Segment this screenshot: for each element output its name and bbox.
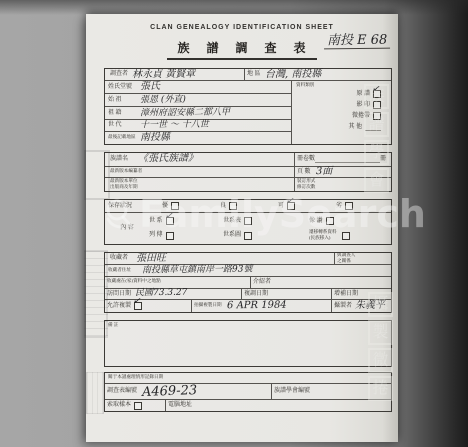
permit-copy-label: 允許複製 [107, 303, 131, 310]
form-header-english: CLAN GENEALOGY IDENTIFICATION SHEET [86, 24, 398, 31]
content-label: 內 容 [120, 225, 134, 232]
permission-row: 允許複製 ✓ 拍攝複製日期 6 APR 1984 攝製者 朱義平 [105, 300, 391, 312]
address-label: 收藏者住址 [108, 268, 139, 273]
check-mark: ✓ [371, 84, 381, 96]
publisher-row: 最新版本單位 出版商及年期 裝訂形式 修訂次數 [105, 178, 391, 191]
office-note-label: 關于本譜處理情形記錄日期 [108, 375, 163, 380]
sample-request-label: 索取樣本 [107, 402, 131, 409]
area-value: 台灣, 南投縣 [264, 69, 320, 80]
location-label: 收藏處在(家)資料中之地點 [107, 280, 161, 285]
holder-info-block: 收藏者 張田旺 與調查人 之關係 收藏者住址 南投縣草屯鎮南岸一路93號 收藏處… [104, 252, 392, 313]
last-recorded-area-row: 最後記載地區 南投縣 [105, 132, 291, 144]
address-row: 收藏者住址 南投縣草屯鎮南岸一路93號 [105, 265, 391, 277]
filmer-label: 攝製者 [334, 303, 352, 310]
condition-label: 保存狀況 [108, 203, 160, 210]
poor-checkbox [345, 202, 353, 210]
visit-date-row: 訪問日期 民國73.3.27 複調日期 增補日期 [105, 289, 391, 301]
holder-label: 收藏者 [110, 255, 136, 262]
visit-date-value: 民國73.3.27 [135, 289, 187, 299]
origin-fields: 姓氏堂號 張氏 始 祖 張恩 (外直) 祖 籍 漳州府詔安縣二都八甲 世 代 十… [105, 81, 292, 144]
condition-content-block: 保存狀況 優 良 可✓ 劣 內 容 世 系✓ 列 傳 世系表 世系圖 [104, 199, 392, 245]
sheet-number-value: A469-23 [142, 384, 198, 399]
content-options-grid: 世 系✓ 列 傳 世系表 世系圖 像 讚 遷移轉系資料 (民族移入) [149, 213, 391, 244]
volume-count-unit: 冊 [380, 156, 386, 163]
good-checkbox [229, 202, 237, 210]
photocopy-checkbox [373, 101, 381, 109]
last-recorded-area-label: 最後記載地區 [108, 135, 137, 140]
first-ancestor-row: 始 祖 張恩 (外直) [105, 94, 291, 107]
genealogy-name-row: 族譜名 《張氏族譜》 冊卷數 冊 [105, 153, 391, 167]
area-label: 地 區 [247, 71, 261, 78]
volume-count-label: 冊卷數 [297, 156, 315, 163]
introducer-label: 介紹者 [253, 279, 271, 286]
microfilm-checkbox [373, 112, 381, 120]
migration-checkbox [342, 232, 350, 240]
holder-value: 張田旺 [136, 253, 166, 263]
material-type-title: 資料類別 [296, 83, 380, 88]
content-row: 內 容 世 系✓ 列 傳 世系表 世系圖 像 讚 [105, 213, 391, 244]
material-option-other: 其 他 [296, 122, 387, 133]
biographies-checkbox [166, 232, 174, 240]
condition-row: 保存狀況 優 良 可✓ 劣 [105, 200, 391, 213]
ancestral-home-row: 祖 籍 漳州府詔安縣二都八甲 [105, 107, 291, 120]
scan-shadow-top [0, 0, 468, 15]
office-use-block: 關于本譜處理情形記錄日期 調查表編號 A469-23 族譜學會編號 索取樣本 [104, 372, 392, 412]
sample-row: 索取樣本 電腦地址 [105, 400, 391, 411]
sheet-number-row: 調查表編號 A469-23 族譜學會編號 [105, 384, 391, 401]
compiler-label: 最新版本編纂者 [110, 169, 142, 174]
pages-label: 頁 數 [297, 169, 311, 176]
scanned-document-view: CLAN GENEALOGY IDENTIFICATION SHEET 族 譜 … [0, 0, 468, 447]
volume-info-block: 族譜名 《張氏族譜》 冊卷數 冊 最新版本編纂者 頁 數 3面 [104, 152, 392, 192]
surname-value: 張氏 [140, 82, 160, 92]
permit-copy-checkbox: ✓ [134, 302, 142, 310]
address-value: 南投縣草屯鎮南岸一路93號 [142, 265, 253, 275]
material-option-photocopy: 影 印 [296, 100, 387, 111]
genealogy-name-value: 《張氏族譜》 [138, 154, 198, 165]
surname-row: 姓氏堂號 張氏 [105, 81, 291, 94]
last-recorded-area-value: 南投縣 [140, 133, 170, 143]
survey-info-block: 調查者 林永貞 黃賢章 地 區 台灣, 南投縣 姓氏堂號 張氏 始 祖 [104, 68, 392, 145]
other-fill-line [365, 123, 381, 131]
material-type-box: 資料類別 原 譜 ✓ 影 印 微捲帶 其 他 [292, 81, 391, 144]
compiler-row: 最新版本編纂者 頁 數 3面 [105, 167, 391, 179]
society-number-label: 族譜學會編號 [274, 388, 310, 395]
pedigree-diagram-checkbox [244, 232, 252, 240]
unit-label: 最新版本單位 [110, 179, 138, 184]
first-ancestor-label: 始 祖 [108, 97, 140, 104]
computer-address-label: 電腦地址 [168, 402, 192, 409]
material-option-original: 原 譜 ✓ [296, 89, 387, 100]
film-date-value: 6 APR 1984 [227, 301, 287, 312]
generations-label: 世 代 [108, 122, 140, 129]
volume-count-fill [315, 155, 380, 163]
relation-label-1: 與調查人 [337, 253, 355, 258]
publisher-label: 出版商及年期 [110, 185, 138, 190]
revision-label: 修訂次數 [297, 185, 315, 190]
generations-value: 十一世 ～ 十八世 [140, 121, 209, 131]
film-date-label: 拍攝複製日期 [194, 304, 222, 309]
relation-label-2: 之關係 [337, 259, 355, 264]
material-option-microfilm: 微捲帶 [296, 111, 387, 122]
form-title: 族 譜 調 查 表 [167, 39, 316, 60]
ancestral-home-value: 漳州府詔安縣二都八甲 [140, 108, 230, 118]
original-checkbox: ✓ [373, 90, 381, 98]
holder-row: 收藏者 張田旺 與調查人 之關係 [105, 253, 391, 265]
genealogy-name-label: 族譜名 [110, 156, 138, 163]
first-ancestor-value: 張恩 (外直) [140, 95, 186, 104]
binding-label: 裝訂形式 [297, 179, 315, 184]
ancestral-home-label: 祖 籍 [108, 110, 140, 117]
visit-date-label: 訪問日期 [107, 291, 131, 298]
office-note-row: 關于本譜處理情形記錄日期 [105, 373, 391, 384]
investigator-label: 調查者 [110, 71, 128, 78]
revisit-date-label: 複調日期 [244, 291, 268, 298]
investigator-value: 林永貞 黃賢章 [132, 69, 195, 80]
surname-label: 姓氏堂號 [108, 84, 140, 91]
sheet-number-label: 調查表編號 [107, 388, 137, 395]
handwritten-reference-number: 南投 E 68 [324, 34, 390, 50]
portraits-checkbox [326, 217, 334, 225]
sample-request-checkbox [134, 402, 142, 410]
lineage-checkbox: ✓ [166, 217, 174, 225]
generations-row: 世 代 十一世 ～ 十八世 [105, 120, 291, 132]
filmer-value: 朱義平 [355, 301, 385, 311]
investigator-row: 調查者 林永貞 黃賢章 地 區 台灣, 南投縣 [105, 69, 391, 81]
remarks-label: 備 註 [108, 323, 368, 328]
remarks-block: 備 註 [104, 320, 392, 367]
pedigree-chart-checkbox [244, 217, 252, 225]
pages-value: 3面 [315, 167, 331, 177]
location-row: 收藏處在(家)資料中之地點 介紹者 [105, 277, 391, 289]
supplement-date-label: 增補日期 [334, 291, 358, 298]
excellent-checkbox [171, 202, 179, 210]
paper-sheet: CLAN GENEALOGY IDENTIFICATION SHEET 族 譜 … [86, 14, 398, 442]
fair-checkbox: ✓ [287, 202, 295, 210]
